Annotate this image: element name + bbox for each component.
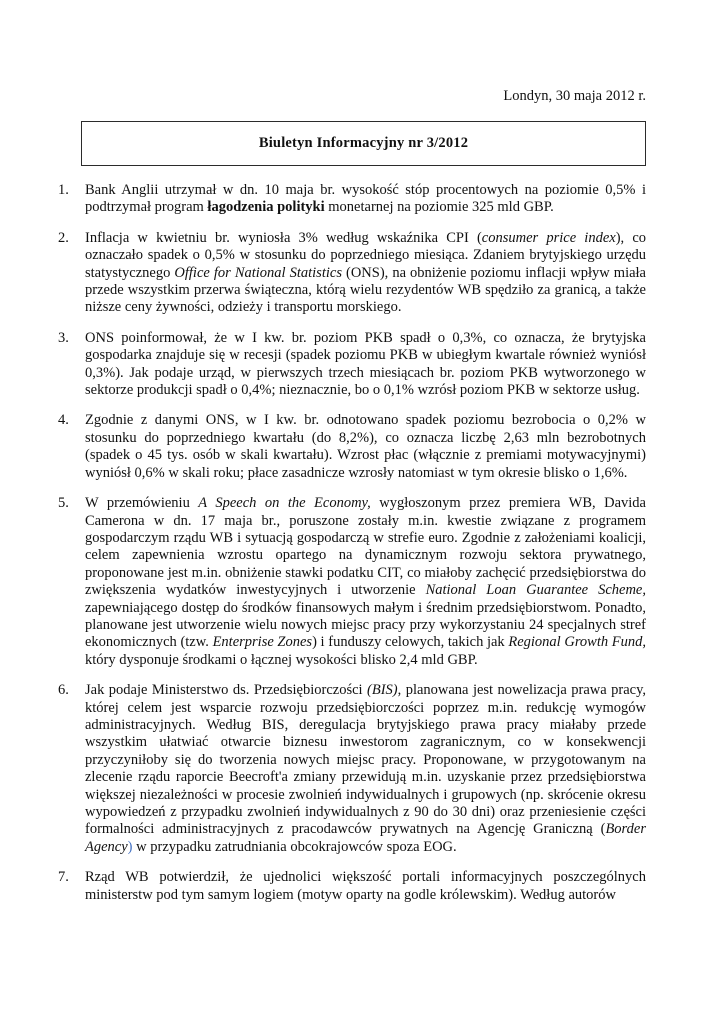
item-text: Bank Anglii utrzymał w dn. 10 maja br. w… — [85, 182, 646, 217]
item-text: Inflacja w kwietniu br. wyniosła 3% wedł… — [85, 230, 646, 317]
text-run: w przypadku zatrudniania obcokrajowców s… — [133, 839, 457, 855]
text-run: W przemówieniu — [85, 495, 198, 511]
item-number: 4. — [58, 412, 85, 482]
text-run: łagodzenia polityki — [207, 199, 324, 215]
text-run: ) i funduszy celowych, takich jak — [312, 634, 508, 650]
list-item: 5. W przemówieniu A Speech on the Econom… — [58, 495, 646, 669]
item-text: Rząd WB potwierdził, że ujednolici więks… — [85, 869, 646, 904]
date-line: Londyn, 30 maja 2012 r. — [503, 88, 646, 105]
text-run: consumer price index — [482, 230, 616, 246]
list-item: 2. Inflacja w kwietniu br. wyniosła 3% w… — [58, 230, 646, 317]
document-page: Londyn, 30 maja 2012 r. Biuletyn Informa… — [0, 0, 725, 1024]
text-run: , planowana jest nowelizacja prawa pracy… — [85, 682, 646, 837]
item-text: ONS poinformował, że w I kw. br. poziom … — [85, 330, 646, 400]
item-text: Jak podaje Ministerstwo ds. Przedsiębior… — [85, 682, 646, 856]
text-run: ONS poinformował, że w I kw. br. poziom … — [85, 330, 646, 398]
text-run: Zgodnie z danymi ONS, w I kw. br. odnoto… — [85, 412, 646, 480]
text-run: Regional Growth Fund, — [508, 634, 646, 650]
text-run: który dysponuje środkami o łącznej wysok… — [85, 652, 478, 668]
item-text: Zgodnie z danymi ONS, w I kw. br. odnoto… — [85, 412, 646, 482]
items-list: 1. Bank Anglii utrzymał w dn. 10 maja br… — [58, 182, 646, 917]
list-item: 4. Zgodnie z danymi ONS, w I kw. br. odn… — [58, 412, 646, 482]
list-item: 6. Jak podaje Ministerstwo ds. Przedsięb… — [58, 682, 646, 856]
text-run: Rząd WB potwierdził, że ujednolici więks… — [85, 869, 646, 902]
list-item: 1. Bank Anglii utrzymał w dn. 10 maja br… — [58, 182, 646, 217]
item-number: 1. — [58, 182, 85, 217]
list-item: 3. ONS poinformował, że w I kw. br. pozi… — [58, 330, 646, 400]
text-run: (BIS) — [367, 682, 398, 698]
title-box: Biuletyn Informacyjny nr 3/2012 — [81, 121, 646, 166]
item-number: 5. — [58, 495, 85, 669]
item-number: 3. — [58, 330, 85, 400]
text-run: Jak podaje Ministerstwo ds. Przedsiębior… — [85, 682, 367, 698]
text-run: Inflacja w kwietniu br. wyniosła 3% wedł… — [85, 230, 482, 246]
item-number: 7. — [58, 869, 85, 904]
text-run: National Loan Guarantee Scheme, — [426, 582, 646, 598]
item-number: 6. — [58, 682, 85, 856]
text-run: A Speech on the Economy, — [198, 495, 371, 511]
text-run: monetarnej na poziomie 325 mld GBP. — [325, 199, 554, 215]
item-number: 2. — [58, 230, 85, 317]
document-title: Biuletyn Informacyjny nr 3/2012 — [259, 135, 468, 151]
list-item: 7. Rząd WB potwierdził, że ujednolici wi… — [58, 869, 646, 904]
text-run: Office for National Statistics — [174, 265, 342, 281]
text-run: Enterprise Zones — [213, 634, 313, 650]
item-text: W przemówieniu A Speech on the Economy, … — [85, 495, 646, 669]
